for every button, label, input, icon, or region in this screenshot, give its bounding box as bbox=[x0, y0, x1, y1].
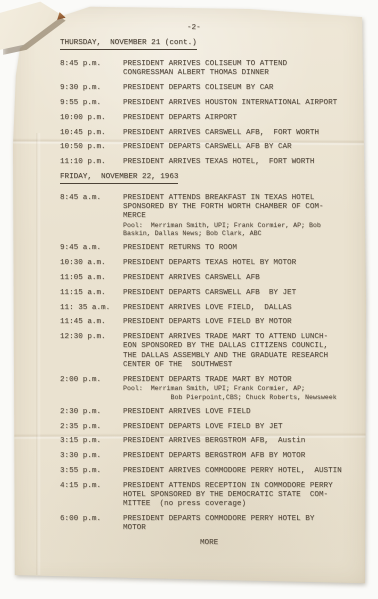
entry-description: PRESIDENT DEPARTS CARSWELL AFB BY CAR bbox=[123, 143, 363, 152]
entry-description: PRESIDENT ARRIVES CARSWELL AFB, FORT WOR… bbox=[123, 129, 363, 138]
entry-time: 3:55 p.m. bbox=[60, 467, 123, 476]
entry-line: CENTER OF THE SOUTHWEST bbox=[123, 361, 363, 370]
schedule-section: THURSDAY, NOVEMBER 21 (cont.) 8:45 p.m. … bbox=[60, 39, 363, 167]
entry-time: 3:15 p.m. bbox=[60, 437, 123, 446]
schedule-entry: 8:45 p.m. PRESIDENT ARRIVES COLISEUM TO … bbox=[60, 60, 363, 79]
entry-description: PRESIDENT DEPARTS TEXAS HOTEL BY MOTOR bbox=[123, 259, 363, 268]
entry-line: PRESIDENT ARRIVES COLISEUM TO ATTEND bbox=[123, 60, 363, 69]
entry-line: PRESIDENT DEPARTS TRADE MART BY MOTOR bbox=[123, 376, 363, 385]
entry-time: 9:55 p.m. bbox=[60, 99, 123, 108]
entry-line: THE DALLAS ASSEMBLY AND THE GRADUATE RES… bbox=[123, 352, 363, 361]
entry-line: EON SPONSORED BY THE DALLAS CITIZENS COU… bbox=[123, 342, 363, 351]
entry-line: MOTOR bbox=[123, 524, 363, 533]
schedule-entry: 11:05 a.m. PRESIDENT ARRIVES CARSWELL AF… bbox=[60, 274, 363, 283]
schedule-entry: 11:15 a.m. PRESIDENT DEPARTS CARSWELL AF… bbox=[60, 289, 363, 298]
schedule-entry: 2:00 p.m. PRESIDENT DEPARTS TRADE MART B… bbox=[60, 376, 363, 402]
entry-line: PRESIDENT ARRIVES CARSWELL AFB, FORT WOR… bbox=[123, 129, 363, 138]
fold-crease-vertical bbox=[36, 133, 41, 575]
entry-line: PRESIDENT ARRIVES CARSWELL AFB bbox=[123, 274, 363, 283]
schedule-entry: 10:50 p.m. PRESIDENT DEPARTS CARSWELL AF… bbox=[60, 143, 363, 152]
entry-time: 8:45 p.m. bbox=[60, 60, 123, 79]
entry-description: PRESIDENT ARRIVES TRADE MART TO ATTEND L… bbox=[123, 333, 363, 370]
pool-line: Baskin, Dallas News; Bob Clark, ABC bbox=[123, 230, 363, 239]
entry-line: SPONSORED BY THE FORTH WORTH CHAMBER OF … bbox=[123, 203, 363, 212]
schedule-section: FRIDAY, NOVEMBER 22, 1963 8:45 a.m. PRES… bbox=[60, 173, 363, 534]
pool-line: Bob Pierpoint,CBS; Chuck Roberts, Newswe… bbox=[123, 394, 363, 403]
entry-line: PRESIDENT DEPARTS BERGSTROM AFB BY MOTOR bbox=[123, 452, 363, 461]
entry-description: PRESIDENT ATTENDS RECEPTION IN COMMODORE… bbox=[123, 482, 363, 510]
entry-time: 10:45 p.m. bbox=[60, 129, 123, 138]
entry-time: 10:50 p.m. bbox=[60, 143, 123, 152]
schedule-entry: 11:45 a.m. PRESIDENT DEPARTS LOVE FIELD … bbox=[60, 318, 363, 327]
schedule-entry: 2:35 p.m. PRESIDENT DEPARTS LOVE FIELD B… bbox=[60, 423, 363, 432]
entry-line: PRESIDENT DEPARTS CARSWELL AFB BY JET bbox=[123, 289, 363, 298]
entry-description: PRESIDENT RETURNS TO ROOM bbox=[123, 244, 363, 253]
entry-description: PRESIDENT DEPARTS CARSWELL AFB BY JET bbox=[123, 289, 363, 298]
schedule-entry: 9:30 p.m. PRESIDENT DEPARTS COLISEUM BY … bbox=[60, 84, 363, 93]
entry-description: PRESIDENT DEPARTS LOVE FIELD BY MOTOR bbox=[123, 318, 363, 327]
schedule-entry: 10:30 a.m. PRESIDENT DEPARTS TEXAS HOTEL… bbox=[60, 259, 363, 268]
entry-line: PRESIDENT DEPARTS AIRPORT bbox=[123, 114, 363, 123]
entry-line: PRESIDENT ARRIVES LOVE FIELD bbox=[123, 408, 363, 417]
section-entries: 8:45 p.m. PRESIDENT ARRIVES COLISEUM TO … bbox=[60, 60, 363, 167]
entry-description: PRESIDENT DEPARTS BERGSTROM AFB BY MOTOR bbox=[123, 452, 363, 461]
entry-description: PRESIDENT ARRIVES HOUSTON INTERNATIONAL … bbox=[123, 99, 363, 108]
entry-time: 11:05 a.m. bbox=[60, 274, 123, 283]
entry-time: 10:30 a.m. bbox=[60, 259, 123, 268]
entry-line: PRESIDENT ARRIVES LOVE FIELD, DALLAS bbox=[123, 304, 363, 313]
entry-description: PRESIDENT DEPARTS TRADE MART BY MOTORPoo… bbox=[123, 376, 363, 402]
entry-time: 11:10 p.m. bbox=[60, 158, 123, 167]
entry-description: PRESIDENT ARRIVES LOVE FIELD bbox=[123, 408, 363, 417]
continuation-marker: MORE bbox=[60, 539, 363, 548]
schedule-entry: 6:00 p.m. PRESIDENT DEPARTS COMMODORE PE… bbox=[60, 515, 363, 534]
document-photo: -2- THURSDAY, NOVEMBER 21 (cont.) 8:45 p… bbox=[0, 0, 378, 599]
entry-line: PRESIDENT DEPARTS COMMODORE PERRY HOTEL … bbox=[123, 515, 363, 524]
schedule-entry: 9:55 p.m. PRESIDENT ARRIVES HOUSTON INTE… bbox=[60, 99, 363, 108]
entry-line: PRESIDENT ATTENDS BREAKFAST IN TEXAS HOT… bbox=[123, 194, 363, 203]
entry-description: PRESIDENT ARRIVES LOVE FIELD, DALLAS bbox=[123, 304, 363, 313]
entry-line: CONGRESSMAN ALBERT THOMAS DINNER bbox=[123, 69, 363, 78]
entry-description: PRESIDENT ATTENDS BREAKFAST IN TEXAS HOT… bbox=[123, 194, 363, 239]
schedule-entry: 9:45 a.m. PRESIDENT RETURNS TO ROOM bbox=[60, 244, 363, 253]
entry-time: 9:45 a.m. bbox=[60, 244, 123, 253]
entry-description: PRESIDENT ARRIVES CARSWELL AFB bbox=[123, 274, 363, 283]
entry-description: PRESIDENT ARRIVES COMMODORE PERRY HOTEL,… bbox=[123, 467, 363, 476]
schedule-entry: 11:10 p.m. PRESIDENT ARRIVES TEXAS HOTEL… bbox=[60, 158, 363, 167]
entry-description: PRESIDENT DEPARTS COLISEUM BY CAR bbox=[123, 84, 363, 93]
pool-line: Pool: Merriman Smith, UPI; Frank Cormier… bbox=[123, 385, 363, 394]
entry-line: PRESIDENT ARRIVES BERGSTROM AFB, Austin bbox=[123, 437, 363, 446]
schedule-entry: 3:30 p.m. PRESIDENT DEPARTS BERGSTROM AF… bbox=[60, 452, 363, 461]
entry-time: 8:45 a.m. bbox=[60, 194, 123, 239]
entry-time: 4:15 p.m. bbox=[60, 482, 123, 510]
entry-time: 2:00 p.m. bbox=[60, 376, 123, 402]
schedule-entry: 10:45 p.m. PRESIDENT ARRIVES CARSWELL AF… bbox=[60, 129, 363, 138]
schedule-entry: 4:15 p.m. PRESIDENT ATTENDS RECEPTION IN… bbox=[60, 482, 363, 510]
entry-line: MERCE bbox=[123, 212, 363, 221]
pool-line: Pool: Merriman Smith, UPI; Frank Cormier… bbox=[123, 222, 363, 231]
entry-time: 2:30 p.m. bbox=[60, 408, 123, 417]
entry-time: 2:35 p.m. bbox=[60, 423, 123, 432]
entry-description: PRESIDENT ARRIVES BERGSTROM AFB, Austin bbox=[123, 437, 363, 446]
entry-time: 12:30 p.m. bbox=[60, 333, 123, 370]
entry-line: HOTEL SPONSORED BY THE DEMOCRATIC STATE … bbox=[123, 491, 363, 500]
entry-line: PRESIDENT ARRIVES COMMODORE PERRY HOTEL,… bbox=[123, 467, 363, 476]
entry-description: PRESIDENT DEPARTS COMMODORE PERRY HOTEL … bbox=[123, 515, 363, 534]
entry-time: 11: 35 a.m. bbox=[60, 304, 123, 313]
schedule-entry: 3:55 p.m. PRESIDENT ARRIVES COMMODORE PE… bbox=[60, 467, 363, 476]
entry-line: PRESIDENT DEPARTS CARSWELL AFB BY CAR bbox=[123, 143, 363, 152]
entry-description: PRESIDENT ARRIVES TEXAS HOTEL, FORT WORT… bbox=[123, 158, 363, 167]
schedule-entry: 3:15 p.m. PRESIDENT ARRIVES BERGSTROM AF… bbox=[60, 437, 363, 446]
entry-line: PRESIDENT ARRIVES TEXAS HOTEL, FORT WORT… bbox=[123, 158, 363, 167]
entry-line: PRESIDENT DEPARTS COLISEUM BY CAR bbox=[123, 84, 363, 93]
entry-description: PRESIDENT DEPARTS AIRPORT bbox=[123, 114, 363, 123]
typewritten-content: -2- THURSDAY, NOVEMBER 21 (cont.) 8:45 p… bbox=[60, 24, 363, 549]
entry-line: PRESIDENT ATTENDS RECEPTION IN COMMODORE… bbox=[123, 482, 363, 491]
section-heading: FRIDAY, NOVEMBER 22, 1963 bbox=[60, 173, 178, 184]
page-number: -2- bbox=[60, 24, 363, 33]
entry-description: PRESIDENT ARRIVES COLISEUM TO ATTENDCONG… bbox=[123, 60, 363, 79]
schedule-entry: 10:00 p.m. PRESIDENT DEPARTS AIRPORT bbox=[60, 114, 363, 123]
schedule-sections: THURSDAY, NOVEMBER 21 (cont.) 8:45 p.m. … bbox=[60, 39, 363, 533]
section-heading: THURSDAY, NOVEMBER 21 (cont.) bbox=[60, 39, 197, 50]
entry-line: PRESIDENT DEPARTS TEXAS HOTEL BY MOTOR bbox=[123, 259, 363, 268]
entry-time: 11:15 a.m. bbox=[60, 289, 123, 298]
entry-line: PRESIDENT DEPARTS LOVE FIELD BY MOTOR bbox=[123, 318, 363, 327]
schedule-entry: 8:45 a.m. PRESIDENT ATTENDS BREAKFAST IN… bbox=[60, 194, 363, 239]
entry-line: PRESIDENT DEPARTS LOVE FIELD BY JET bbox=[123, 423, 363, 432]
entry-time: 10:00 p.m. bbox=[60, 114, 123, 123]
schedule-entry: 11: 35 a.m. PRESIDENT ARRIVES LOVE FIELD… bbox=[60, 304, 363, 313]
entry-line: PRESIDENT ARRIVES HOUSTON INTERNATIONAL … bbox=[123, 99, 363, 108]
entry-time: 3:30 p.m. bbox=[60, 452, 123, 461]
entry-time: 9:30 p.m. bbox=[60, 84, 123, 93]
section-entries: 8:45 a.m. PRESIDENT ATTENDS BREAKFAST IN… bbox=[60, 194, 363, 534]
entry-description: PRESIDENT DEPARTS LOVE FIELD BY JET bbox=[123, 423, 363, 432]
entry-line: PRESIDENT RETURNS TO ROOM bbox=[123, 244, 363, 253]
schedule-entry: 2:30 p.m. PRESIDENT ARRIVES LOVE FIELD bbox=[60, 408, 363, 417]
schedule-entry: 12:30 p.m. PRESIDENT ARRIVES TRADE MART … bbox=[60, 333, 363, 370]
entry-line: MITTEE (no press coverage) bbox=[123, 500, 363, 509]
entry-time: 6:00 p.m. bbox=[60, 515, 123, 534]
entry-time: 11:45 a.m. bbox=[60, 318, 123, 327]
